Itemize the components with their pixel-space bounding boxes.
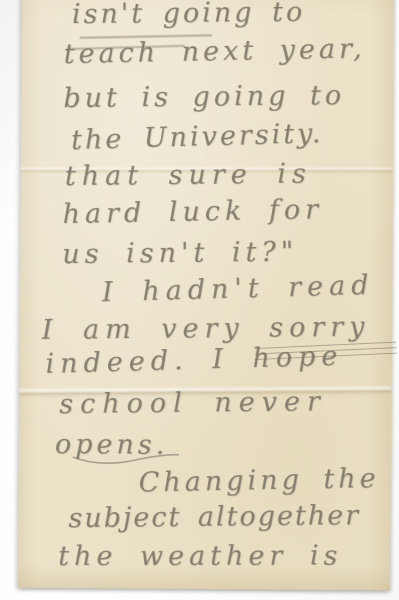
handwritten-line-3: but is going to [63,80,345,114]
handwritten-line-11: school never [59,386,327,420]
scan-background: isn't going to teach next year, but is g… [0,0,399,600]
handwritten-line-10: indeed. I hope [45,341,344,380]
letter-paper: isn't going to teach next year, but is g… [18,0,394,590]
handwritten-line-13: Changing the [138,463,379,499]
handwritten-line-5: that sure is [65,158,312,192]
handwritten-line-14: subject altogether [68,500,360,534]
handwritten-line-15: the weather is [58,540,342,571]
handwritten-line-6: hard luck for [62,194,323,230]
handwritten-line-2: teach next year, [63,33,365,70]
handwritten-line-1: isn't going to [72,0,306,30]
handwritten-line-4: the University. [71,118,324,156]
handwritten-line-7: us isn't it?" [62,237,298,270]
handwritten-line-12: opens. [55,429,169,461]
handwritten-line-8: I hadn't read [102,270,375,309]
